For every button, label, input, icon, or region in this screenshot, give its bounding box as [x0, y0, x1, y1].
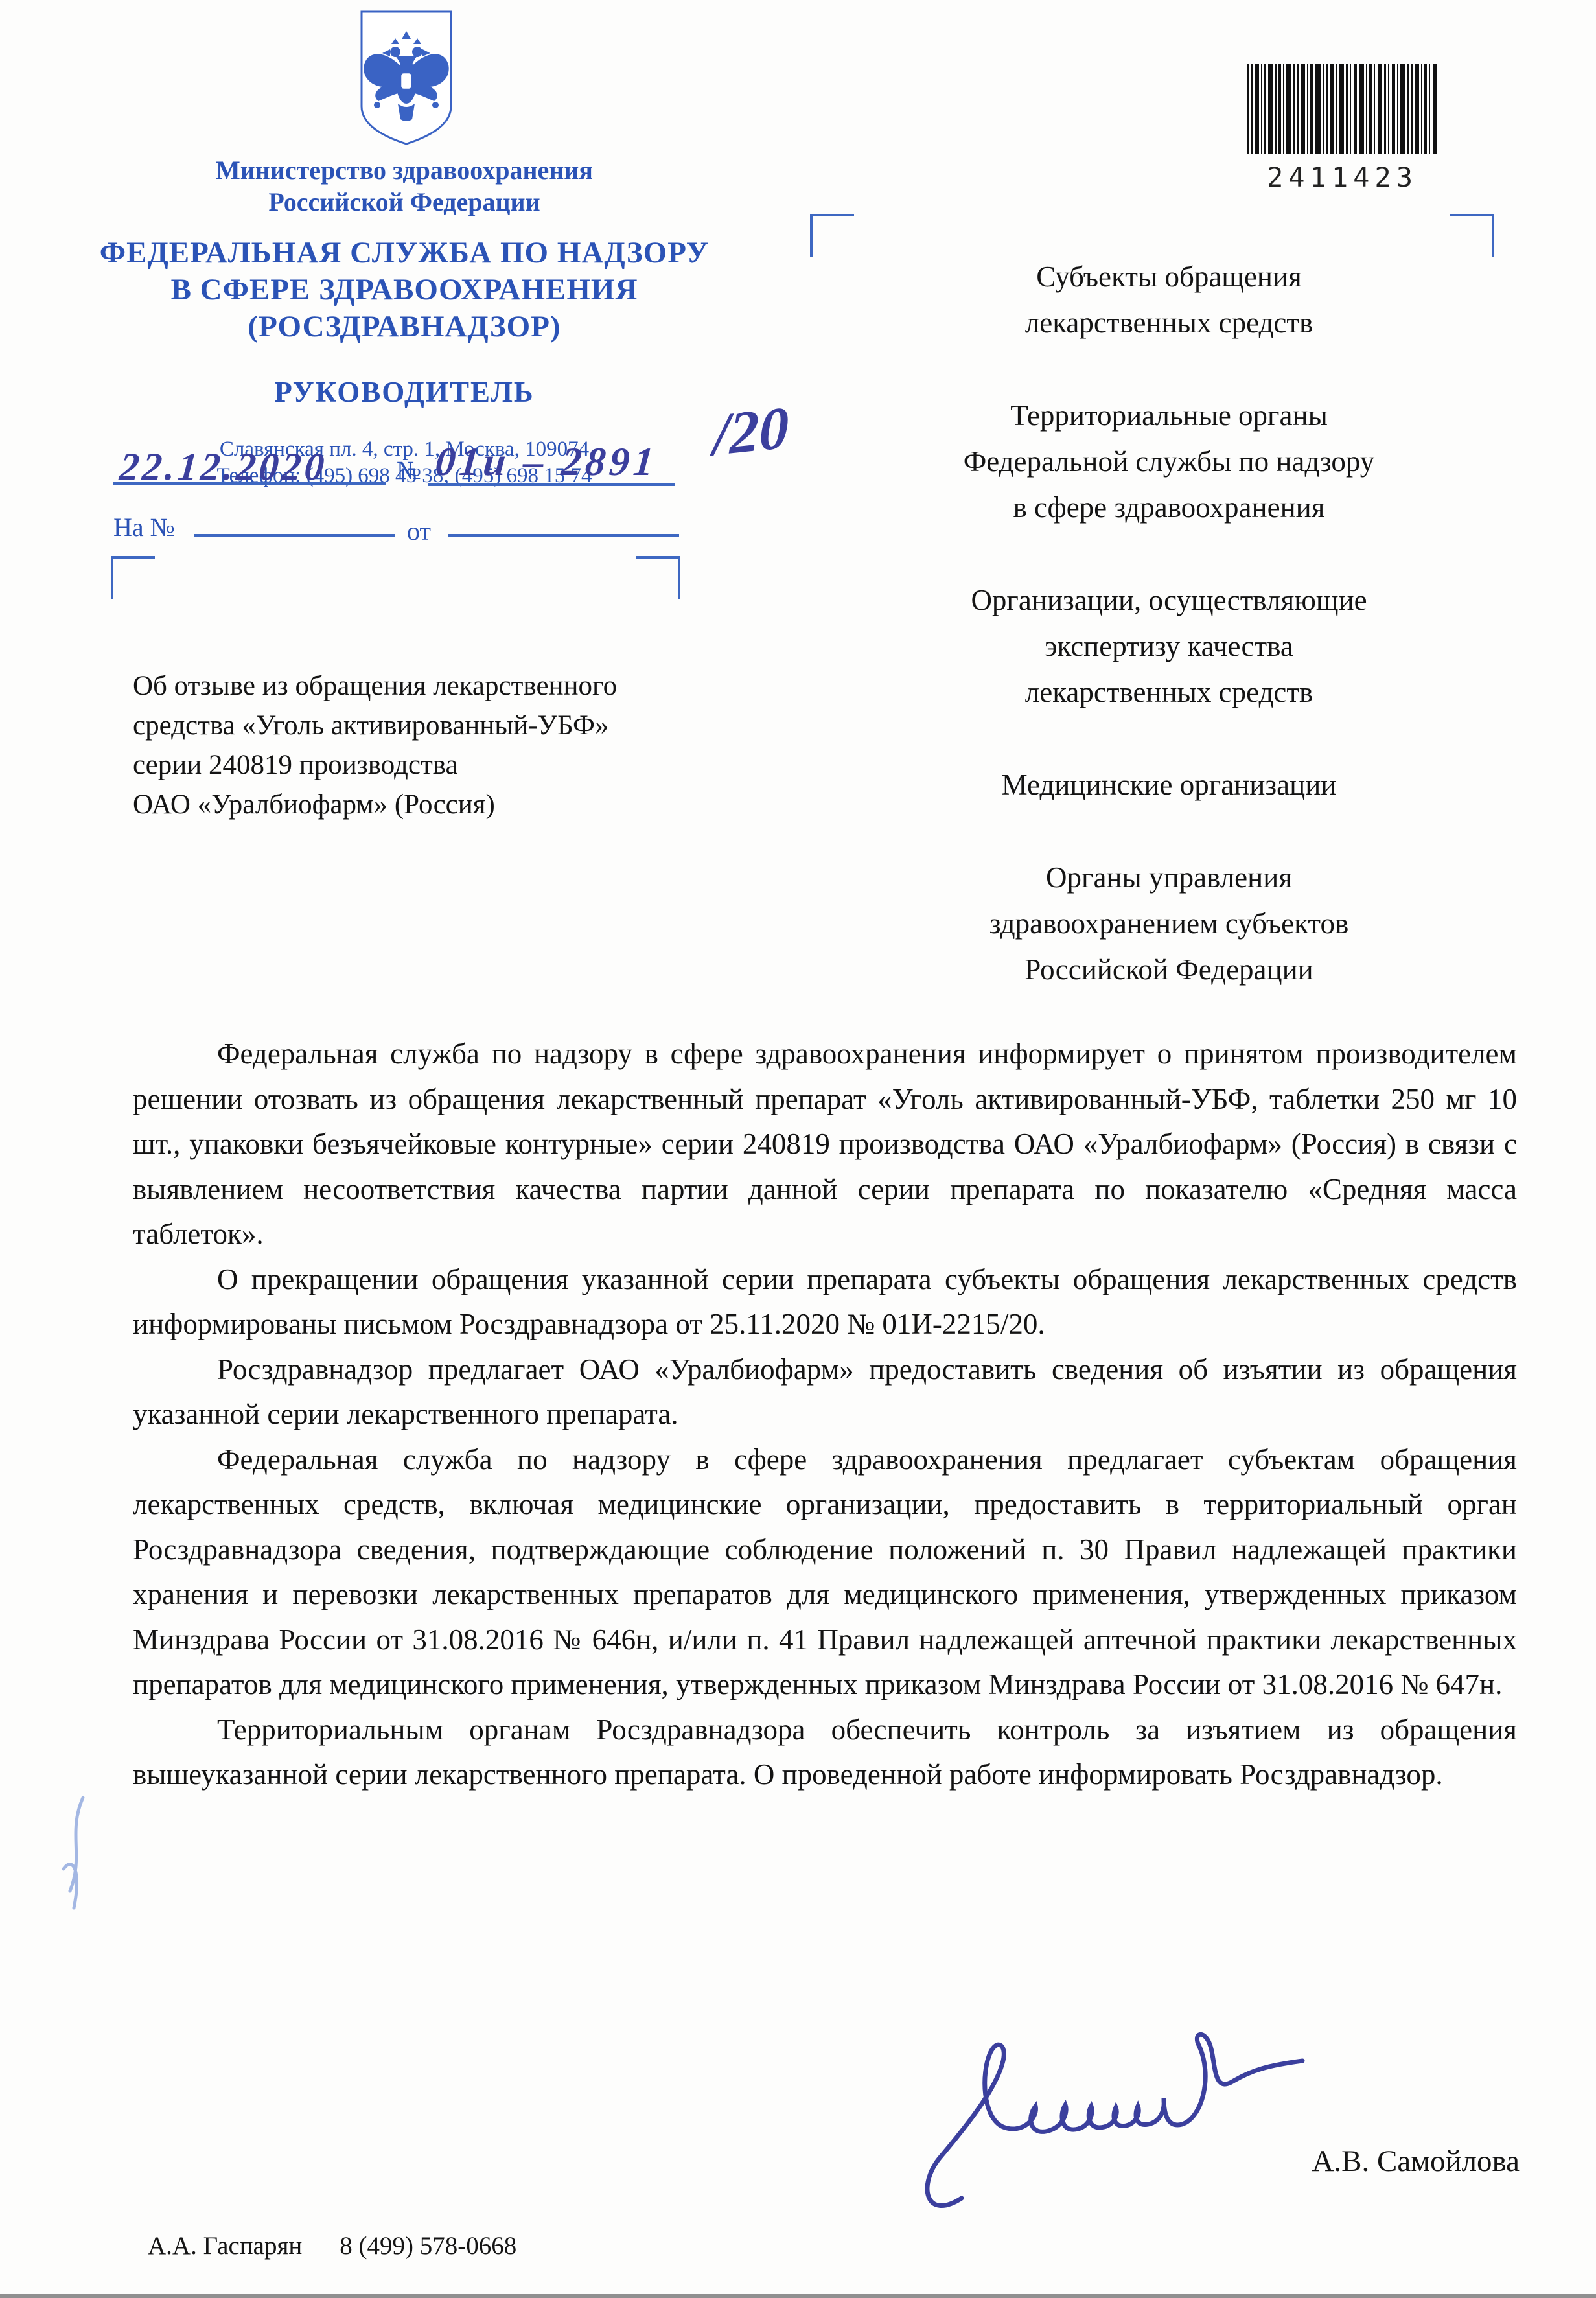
paragraph: Федеральная служба по надзору в сфере зд…: [133, 1032, 1517, 1257]
corner-mark-address-right: [1450, 214, 1494, 257]
recipient-group: Субъекты обращения лекарственных средств: [822, 254, 1516, 346]
recipient-group: Медицинские организации: [822, 762, 1516, 808]
subject-line: серии 240819 производства: [133, 745, 768, 785]
position-title: РУКОВОДИТЕЛЬ: [76, 375, 732, 409]
body-block: Федеральная служба по надзору в сфере зд…: [133, 1032, 1517, 1798]
service-name-line1: ФЕДЕРАЛЬНАЯ СЛУЖБА ПО НАДЗОРУ: [76, 235, 732, 272]
recipient-group: Организации, осуществляющие экспертизу к…: [822, 577, 1516, 715]
service-name-line2: В СФЕРЕ ЗДРАВООХРАНЕНИЯ: [76, 272, 732, 308]
paragraph: Росздравнадзор предлагает ОАО «Уралбиофа…: [133, 1347, 1517, 1437]
recipient-line: здравоохранением субъектов: [822, 901, 1516, 947]
paragraph: О прекращении обращения указанной серии …: [133, 1257, 1517, 1347]
executor-phone: 8 (499) 578-0668: [340, 2231, 516, 2260]
corner-mark-address-left: [810, 214, 854, 257]
recipient-line: Организации, осуществляющие: [822, 577, 1516, 623]
handwritten-number-suffix: /20: [713, 393, 789, 470]
paragraph: Территориальным органам Росздравнадзора …: [133, 1708, 1517, 1798]
recipient-line: лекарственных средств: [822, 669, 1516, 715]
reply-date-blank-line: [448, 534, 679, 537]
subject-line: ОАО «Уралбиофарм» (Россия): [133, 785, 768, 824]
scan-artifact-mark: [56, 1794, 95, 1930]
coat-of-arms-icon: [358, 9, 455, 146]
recipient-group: Органы управления здравоохранением субъе…: [822, 855, 1516, 993]
corner-mark-stamp-left: [111, 556, 155, 599]
recipient-line: Органы управления: [822, 855, 1516, 901]
reply-number-blank-line: [194, 534, 395, 537]
recipient-line: Российской Федерации: [822, 947, 1516, 993]
barcode-icon: [1247, 64, 1438, 154]
recipient-line: Медицинские организации: [822, 762, 1516, 808]
corner-mark-stamp-right: [636, 556, 680, 599]
recipient-line: экспертизу качества: [822, 623, 1516, 669]
ministry-name-line2: Российской Федерации: [76, 186, 732, 218]
recipient-line: в сфере здравоохранения: [822, 485, 1516, 531]
recipient-line: Федеральной службы по надзору: [822, 439, 1516, 485]
subject-line: средства «Уголь активированный-УБФ»: [133, 706, 768, 745]
recipient-line: Субъекты обращения: [822, 254, 1516, 300]
recipients-block: Субъекты обращения лекарственных средств…: [822, 254, 1516, 1039]
recipient-line: лекарственных средств: [822, 300, 1516, 346]
paragraph: Федеральная служба по надзору в сфере зд…: [133, 1437, 1517, 1708]
subject-line: Об отзыве из обращения лекарственного: [133, 666, 768, 706]
handwritten-outgoing-number: 01и – 2891: [434, 439, 660, 485]
subject-block: Об отзыве из обращения лекарственного ср…: [133, 666, 768, 824]
recipient-group: Территориальные органы Федеральной служб…: [822, 393, 1516, 531]
executor-name: А.А. Гаспарян: [148, 2231, 302, 2260]
reply-to-number-label: На №: [113, 512, 175, 542]
number-blank-line: [428, 483, 675, 486]
date-blank-line: [113, 482, 386, 485]
page-bottom-edge: [0, 2294, 1596, 2298]
barcode-number: 2411423: [1247, 161, 1438, 193]
executor-block: А.А. Гаспарян 8 (499) 578-0668: [148, 2231, 516, 2260]
signer-name: А.В. Самойлова: [1260, 2144, 1520, 2179]
number-sign-label: №: [397, 455, 421, 485]
reply-from-label: от: [407, 516, 431, 546]
service-name-line3: (РОСЗДРАВНАДЗОР): [76, 308, 732, 345]
barcode-block: 2411423: [1247, 64, 1438, 193]
ministry-name-line1: Министерство здравоохранения: [76, 154, 732, 186]
recipient-line: Территориальные органы: [822, 393, 1516, 439]
signature-handwriting: [906, 1991, 1321, 2224]
